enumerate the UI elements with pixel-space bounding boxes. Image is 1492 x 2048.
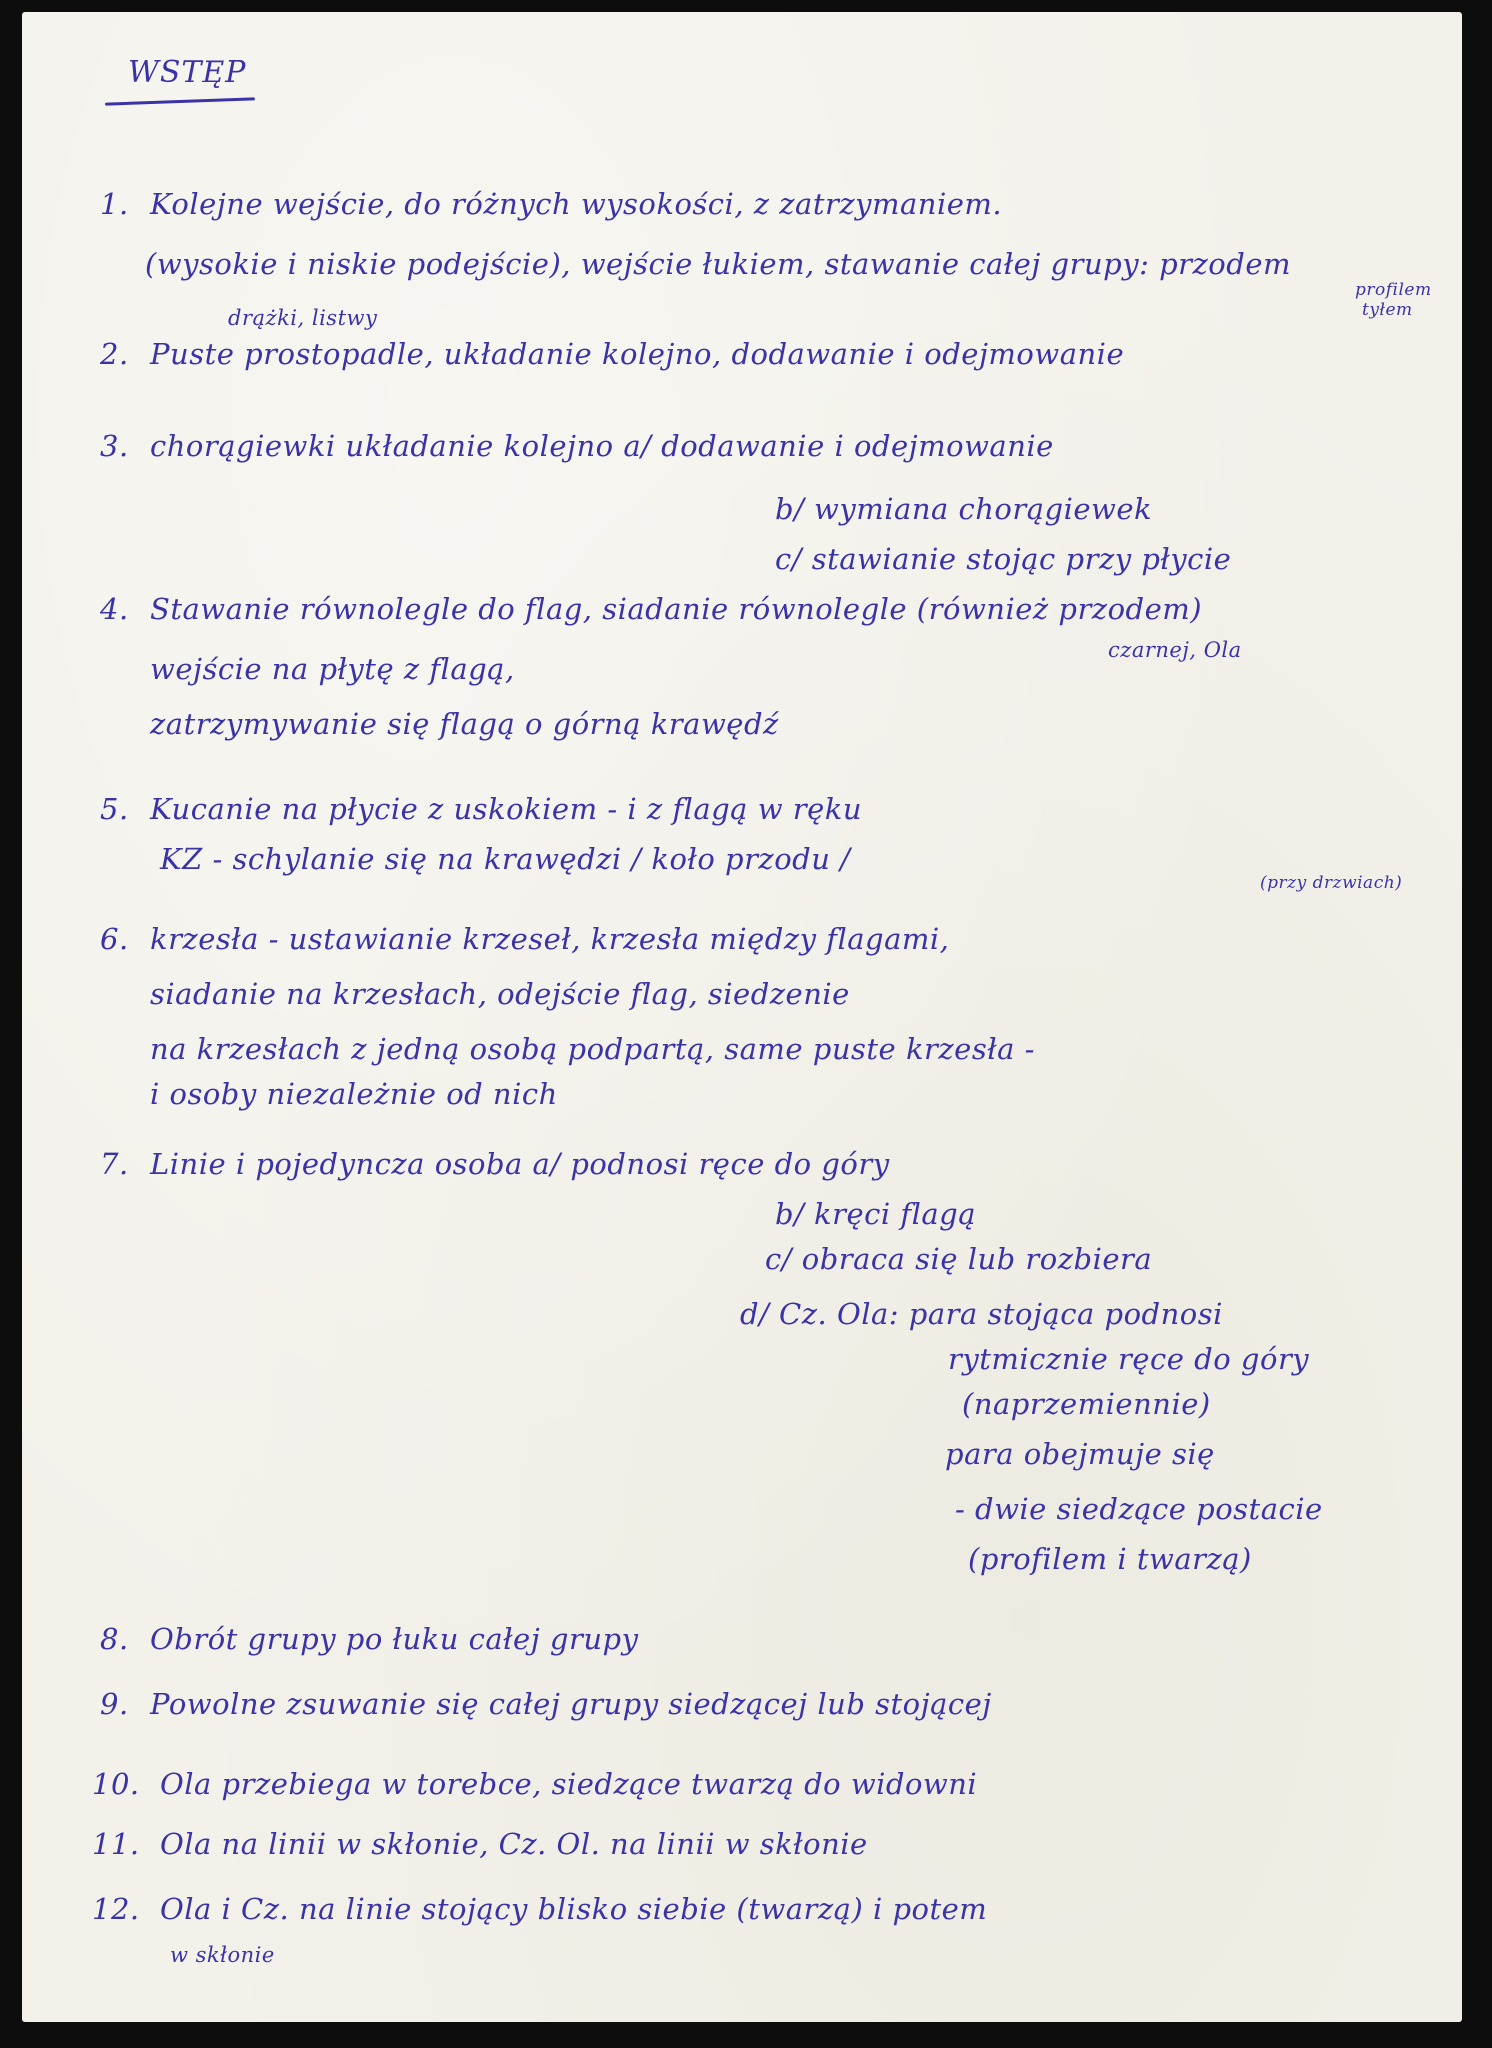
item-7-line-3: c/ obraca się lub rozbiera	[765, 1245, 1152, 1274]
item-1-margin-note-2: tyłem	[1362, 302, 1413, 319]
item-12-number: 12.	[92, 1895, 140, 1924]
item-11-line-1: Ola na linii w skłonie, Cz. Ol. na linii…	[160, 1830, 868, 1859]
item-7-line-8: - dwie siedzące postacie	[955, 1495, 1323, 1524]
page-title: WSTĘP	[128, 58, 246, 88]
item-7-line-6: (naprzemiennie)	[962, 1390, 1211, 1419]
item-2-line-1: Puste prostopadle, układanie kolejno, do…	[150, 340, 1124, 369]
item-7-line-5: rytmicznie ręce do góry	[948, 1345, 1309, 1374]
item-5-number: 5.	[100, 795, 129, 824]
item-7-line-7: para obejmuje się	[945, 1440, 1215, 1469]
item-2-number: 2.	[100, 340, 129, 369]
item-10-line-1: Ola przebiega w torebce, siedzące twarzą…	[160, 1770, 977, 1799]
item-7-line-9: (profilem i twarzą)	[968, 1545, 1252, 1574]
item-7-line-1: Linie i pojedyncza osoba a/ podnosi ręce…	[150, 1150, 890, 1179]
item-3-number: 3.	[100, 432, 129, 461]
item-4-line-1: Stawanie równolegle do flag, siadanie ró…	[150, 595, 1202, 624]
item-1-number: 1.	[100, 190, 129, 219]
item-4-margin-note: czarnej, Ola	[1108, 640, 1242, 661]
item-2-insertion: drążki, listwy	[228, 308, 377, 329]
item-12-line-2: w skłonie	[170, 1945, 275, 1966]
item-6-number: 6.	[100, 925, 129, 954]
item-7-line-2: b/ kręci flagą	[775, 1200, 976, 1229]
item-1-line-2: (wysokie i niskie podejście), wejście łu…	[145, 250, 1291, 279]
item-1-line-1: Kolejne wejście, do różnych wysokości, z…	[150, 190, 1002, 219]
item-6-line-3: na krzesłach z jedną osobą podpartą, sam…	[150, 1035, 1035, 1064]
item-6-line-2: siadanie na krzesłach, odejście flag, si…	[150, 980, 850, 1009]
item-5-line-1: Kucanie na płycie z uskokiem - i z flagą…	[150, 795, 862, 824]
item-8-line-1: Obrót grupy po łuku całej grupy	[150, 1625, 638, 1654]
item-3-line-1: chorągiewki układanie kolejno a/ dodawan…	[150, 432, 1054, 461]
item-9-number: 9.	[100, 1690, 129, 1719]
item-9-line-1: Powolne zsuwanie się całej grupy siedząc…	[150, 1690, 992, 1719]
item-4-line-3: zatrzymywanie się flagą o górną krawędź	[150, 710, 779, 739]
item-3-line-3: c/ stawianie stojąc przy płycie	[775, 545, 1231, 574]
item-5-line-2: KZ - schylanie się na krawędzi / koło pr…	[160, 845, 850, 874]
item-1-margin-note-1: profilem	[1355, 282, 1432, 299]
item-6-line-1: krzesła - ustawianie krzeseł, krzesła mi…	[150, 925, 949, 954]
item-8-number: 8.	[100, 1625, 129, 1654]
item-12-line-1: Ola i Cz. na linie stojący blisko siebie…	[160, 1895, 987, 1924]
item-3-line-2: b/ wymiana chorągiewek	[775, 495, 1152, 524]
item-7-number: 7.	[100, 1150, 129, 1179]
item-6-line-4: i osoby niezależnie od nich	[150, 1080, 558, 1109]
item-11-number: 11.	[92, 1830, 140, 1859]
item-6-margin-note: (przy drzwiach)	[1260, 875, 1402, 892]
item-4-line-2: wejście na płytę z flagą,	[150, 655, 515, 684]
item-10-number: 10.	[92, 1770, 140, 1799]
item-7-line-4: d/ Cz. Ola: para stojąca podnosi	[740, 1300, 1223, 1329]
item-4-number: 4.	[100, 595, 129, 624]
